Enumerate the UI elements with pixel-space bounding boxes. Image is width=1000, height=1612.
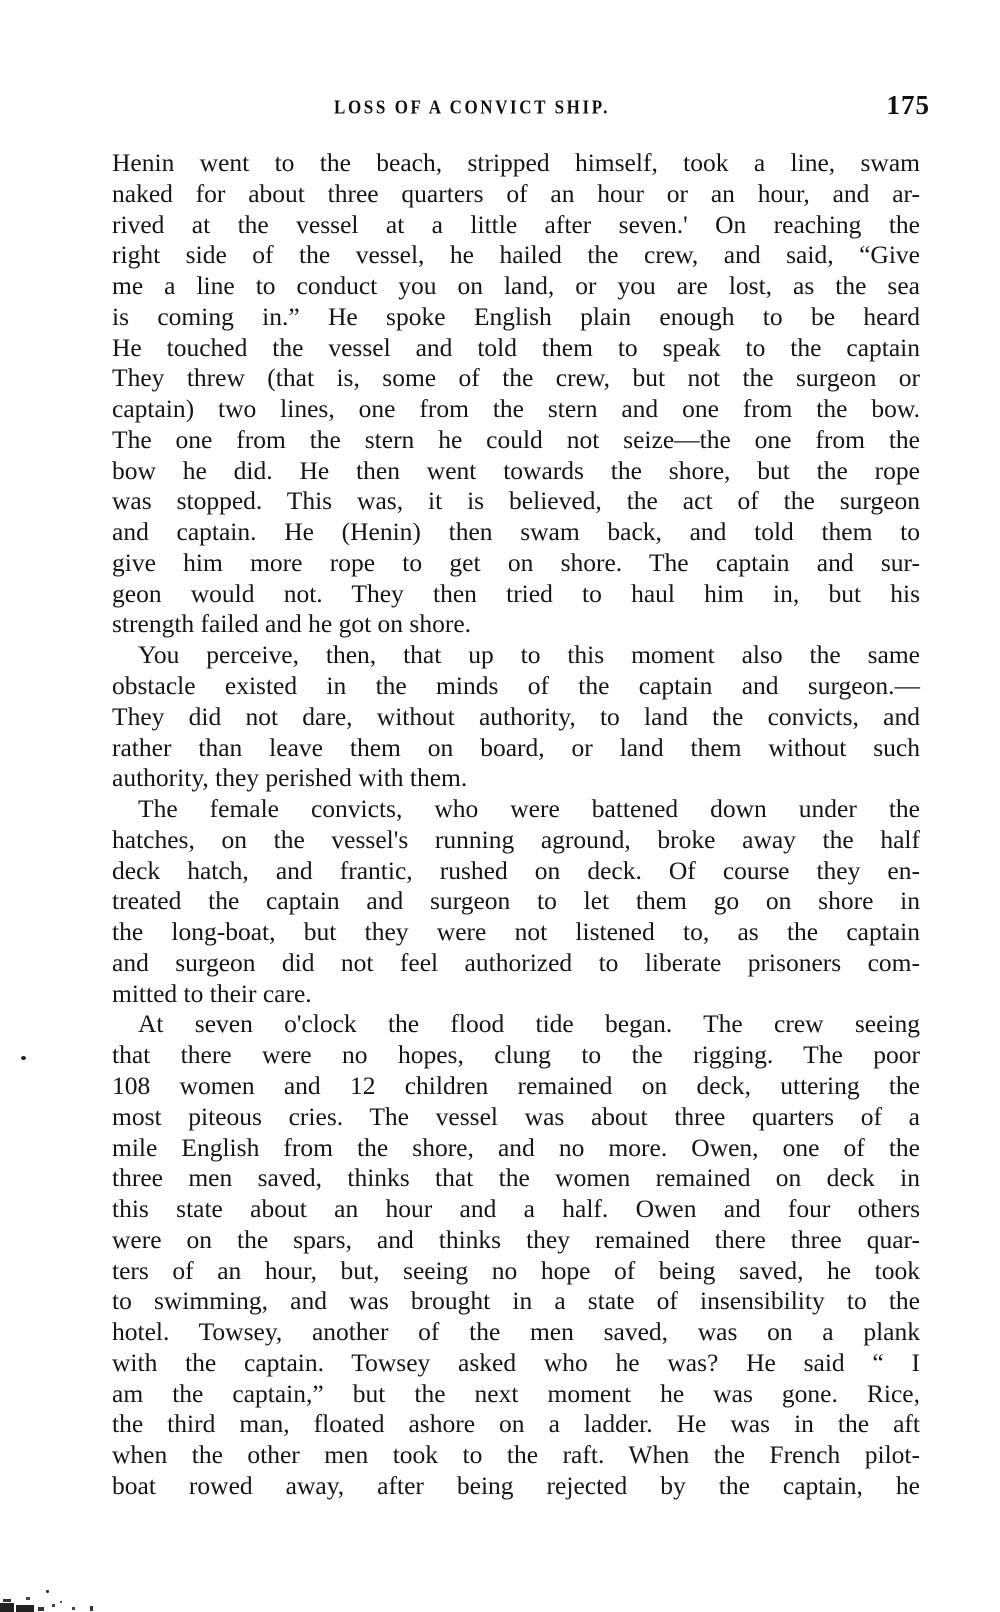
text-line: geon would not. They then tried to haul … (112, 579, 920, 610)
text-line: me a line to conduct you on land, or you… (112, 271, 920, 302)
text-line: naked for about three quarters of an hou… (112, 179, 920, 210)
text-line: is coming in.” He spoke English plain en… (112, 302, 920, 333)
body-text: Henin went to the beach, stripped himsel… (112, 148, 920, 1502)
text-line: They did not dare, without authority, to… (112, 702, 920, 733)
scan-noise-artifact (0, 1585, 110, 1612)
text-line: rather than leave them on board, or land… (112, 733, 920, 764)
text-line: and surgeon did not feel authorized to l… (112, 948, 920, 979)
text-line: hotel. Towsey, another of the men saved,… (112, 1317, 920, 1348)
text-line: were on the spars, and thinks they remai… (112, 1225, 920, 1256)
running-title: LOSS OF A CONVICT SHIP. (334, 96, 680, 119)
text-line: give him more rope to get on shore. The … (112, 548, 920, 579)
scan-speck (21, 1056, 26, 1060)
text-line: with the captain. Towsey asked who he wa… (112, 1348, 920, 1379)
text-line: 108 women and 12 children remained on de… (112, 1071, 920, 1102)
text-line: They threw (that is, some of the crew, b… (112, 363, 920, 394)
text-line: bow he did. He then went towards the sho… (112, 456, 920, 487)
text-line: three men saved, thinks that the women r… (112, 1163, 920, 1194)
text-line: deck hatch, and frantic, rushed on deck.… (112, 856, 920, 887)
text-line: strength failed and he got on shore. (112, 609, 920, 640)
book-page: LOSS OF A CONVICT SHIP. 175 Henin went t… (0, 0, 1000, 1612)
text-line: mile English from the shore, and no more… (112, 1133, 920, 1164)
text-line: this state about an hour and a half. Owe… (112, 1194, 920, 1225)
text-line: He touched the vessel and told them to s… (112, 333, 920, 364)
text-line: that there were no hopes, clung to the r… (112, 1040, 920, 1071)
text-line: am the captain,” but the next moment he … (112, 1379, 920, 1410)
text-line: rived at the vessel at a little after se… (112, 210, 920, 241)
paragraph-start-line: You perceive, then, that up to this mome… (112, 640, 920, 671)
text-line: treated the captain and surgeon to let t… (112, 886, 920, 917)
text-line: obstacle existed in the minds of the cap… (112, 671, 920, 702)
text-line: boat rowed away, after being rejected by… (112, 1471, 920, 1502)
text-line: the long-boat, but they were not listene… (112, 917, 920, 948)
page-number: 175 (868, 90, 930, 121)
text-line: when the other men took to the raft. Whe… (112, 1440, 920, 1471)
paragraph-start-line: The female convicts, who were battened d… (112, 794, 920, 825)
text-line: hatches, on the vessel's running aground… (112, 825, 920, 856)
text-line: The one from the stern he could not seiz… (112, 425, 920, 456)
text-line: most piteous cries. The vessel was about… (112, 1102, 920, 1133)
text-line: mitted to their care. (112, 979, 920, 1010)
text-line: to swimming, and was brought in a state … (112, 1286, 920, 1317)
text-line: right side of the vessel, he hailed the … (112, 240, 920, 271)
text-line: was stopped. This was, it is believed, t… (112, 486, 920, 517)
text-line: ters of an hour, but, seeing no hope of … (112, 1256, 920, 1287)
text-line: authority, they perished with them. (112, 763, 920, 794)
text-line: captain) two lines, one from the stern a… (112, 394, 920, 425)
text-line: and captain. He (Henin) then swam back, … (112, 517, 920, 548)
text-line: the third man, floated ashore on a ladde… (112, 1409, 920, 1440)
paragraph-start-line: At seven o'clock the flood tide began. T… (112, 1009, 920, 1040)
text-line: Henin went to the beach, stripped himsel… (112, 148, 920, 179)
